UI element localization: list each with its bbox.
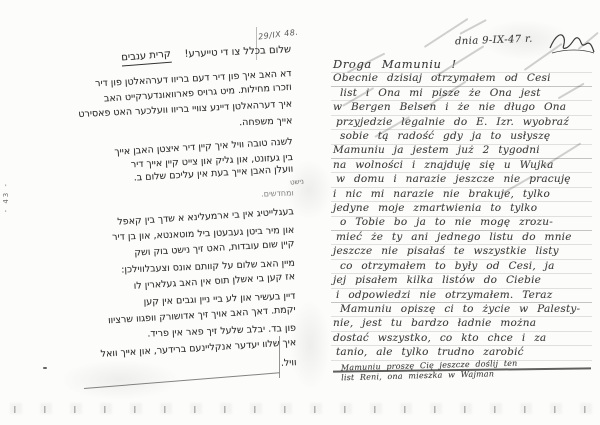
handwritten-line: mieć że ty ani jednego listu do mnie (336, 230, 595, 244)
handwritten-line: o Tobie bo ja to nie mogę zrozu- (340, 215, 595, 229)
handwritten-line: jeszcze nie pisałaś te wszystkie listy (333, 244, 595, 258)
handwritten-line: tanio, ale tylko trudno zarobić (336, 345, 595, 359)
margin-page-number: - 43 - (2, 182, 10, 212)
ink-dot (43, 367, 47, 369)
letter-date: dnia 9-IX-47 r. (455, 34, 533, 48)
handwritten-line: Mamuniu ja jestem już 2 tygodni (333, 143, 595, 157)
bottom-ruler-ticks (14, 406, 592, 413)
handwritten-line: Obecnie dzisiaj otrzymałem od Cesi (333, 71, 595, 85)
archive-date-mark: 29/IX 48. (258, 28, 299, 42)
handwritten-line: przyjedzie legalnie do E. Izr. wyobraź (336, 115, 595, 129)
handwritten-line: w Bergen Belsen i że nie długo Ona (333, 100, 595, 114)
right-page-polish-letter: Droga Mamuniu ! Obecnie dzisiaj otrzymał… (333, 57, 595, 360)
paragraph-2: לשנה טובה וויל איך קיין דיר איצטן האבן א… (29, 141, 294, 186)
handwritten-line: dostać wszystko, co kto chce i za (333, 331, 595, 345)
handwritten-line: i nic mi narazie nie brakuje, tylko (333, 187, 595, 201)
faint-line: ומחדשים. (30, 188, 294, 206)
handwritten-line: co otrzymałem to były od Cesi, ja (340, 259, 595, 273)
postscript: Mamuniu proszę Cię jeszcze doślij tenlis… (341, 359, 518, 383)
scanned-letter-page: 29/IX 48. - 43 - נישט שלום בכלל צו די טי… (0, 0, 600, 425)
header-place-name: קרית ענבים (121, 47, 172, 67)
header-greeting: שלום בכלל צו די טייערע! (184, 44, 291, 60)
handwritten-line: jedyne moje zmartwienia to tylko (333, 201, 595, 215)
handwritten-line: i odpowiedzi nie otrzymałem. Teraz (336, 288, 595, 302)
handwritten-line: nie, jest tu bardzo ładnie można (333, 316, 595, 330)
handwritten-line: Mamuniu opiszę ci to życie w Palesty- (340, 302, 595, 316)
handwritten-line: sobie tą radość gdy ja to usłyszę (340, 129, 595, 143)
corner-flourish-scribble (548, 28, 596, 56)
paragraph-1: דא האב איך פון דיר דעם בריוו דערהאלטן פו… (28, 71, 293, 136)
handwritten-line: w domu i narazie jeszcze nie pracuję (336, 172, 595, 186)
handwritten-line: na wolności i znajduję się u Wujka (333, 158, 595, 172)
letter-body: Obecnie dzisiaj otrzymałem od Cesilist i… (333, 71, 595, 359)
paragraph-3: בעגלייטיג אין בי ארמעלינא א שדך בין קאפל… (30, 209, 297, 361)
page-corner-edge (279, 336, 280, 378)
left-page-yiddish-letter: שלום בכלל צו די טייערע! קרית ענבים דא הא… (27, 46, 297, 378)
handwritten-line: list i Ona mi pisze że Ona jest (340, 86, 595, 100)
letter-header: שלום בכלל צו די טייערע! קרית ענבים (27, 42, 291, 70)
handwritten-line: jej pisałem kilka listów do Ciebie (333, 273, 595, 287)
